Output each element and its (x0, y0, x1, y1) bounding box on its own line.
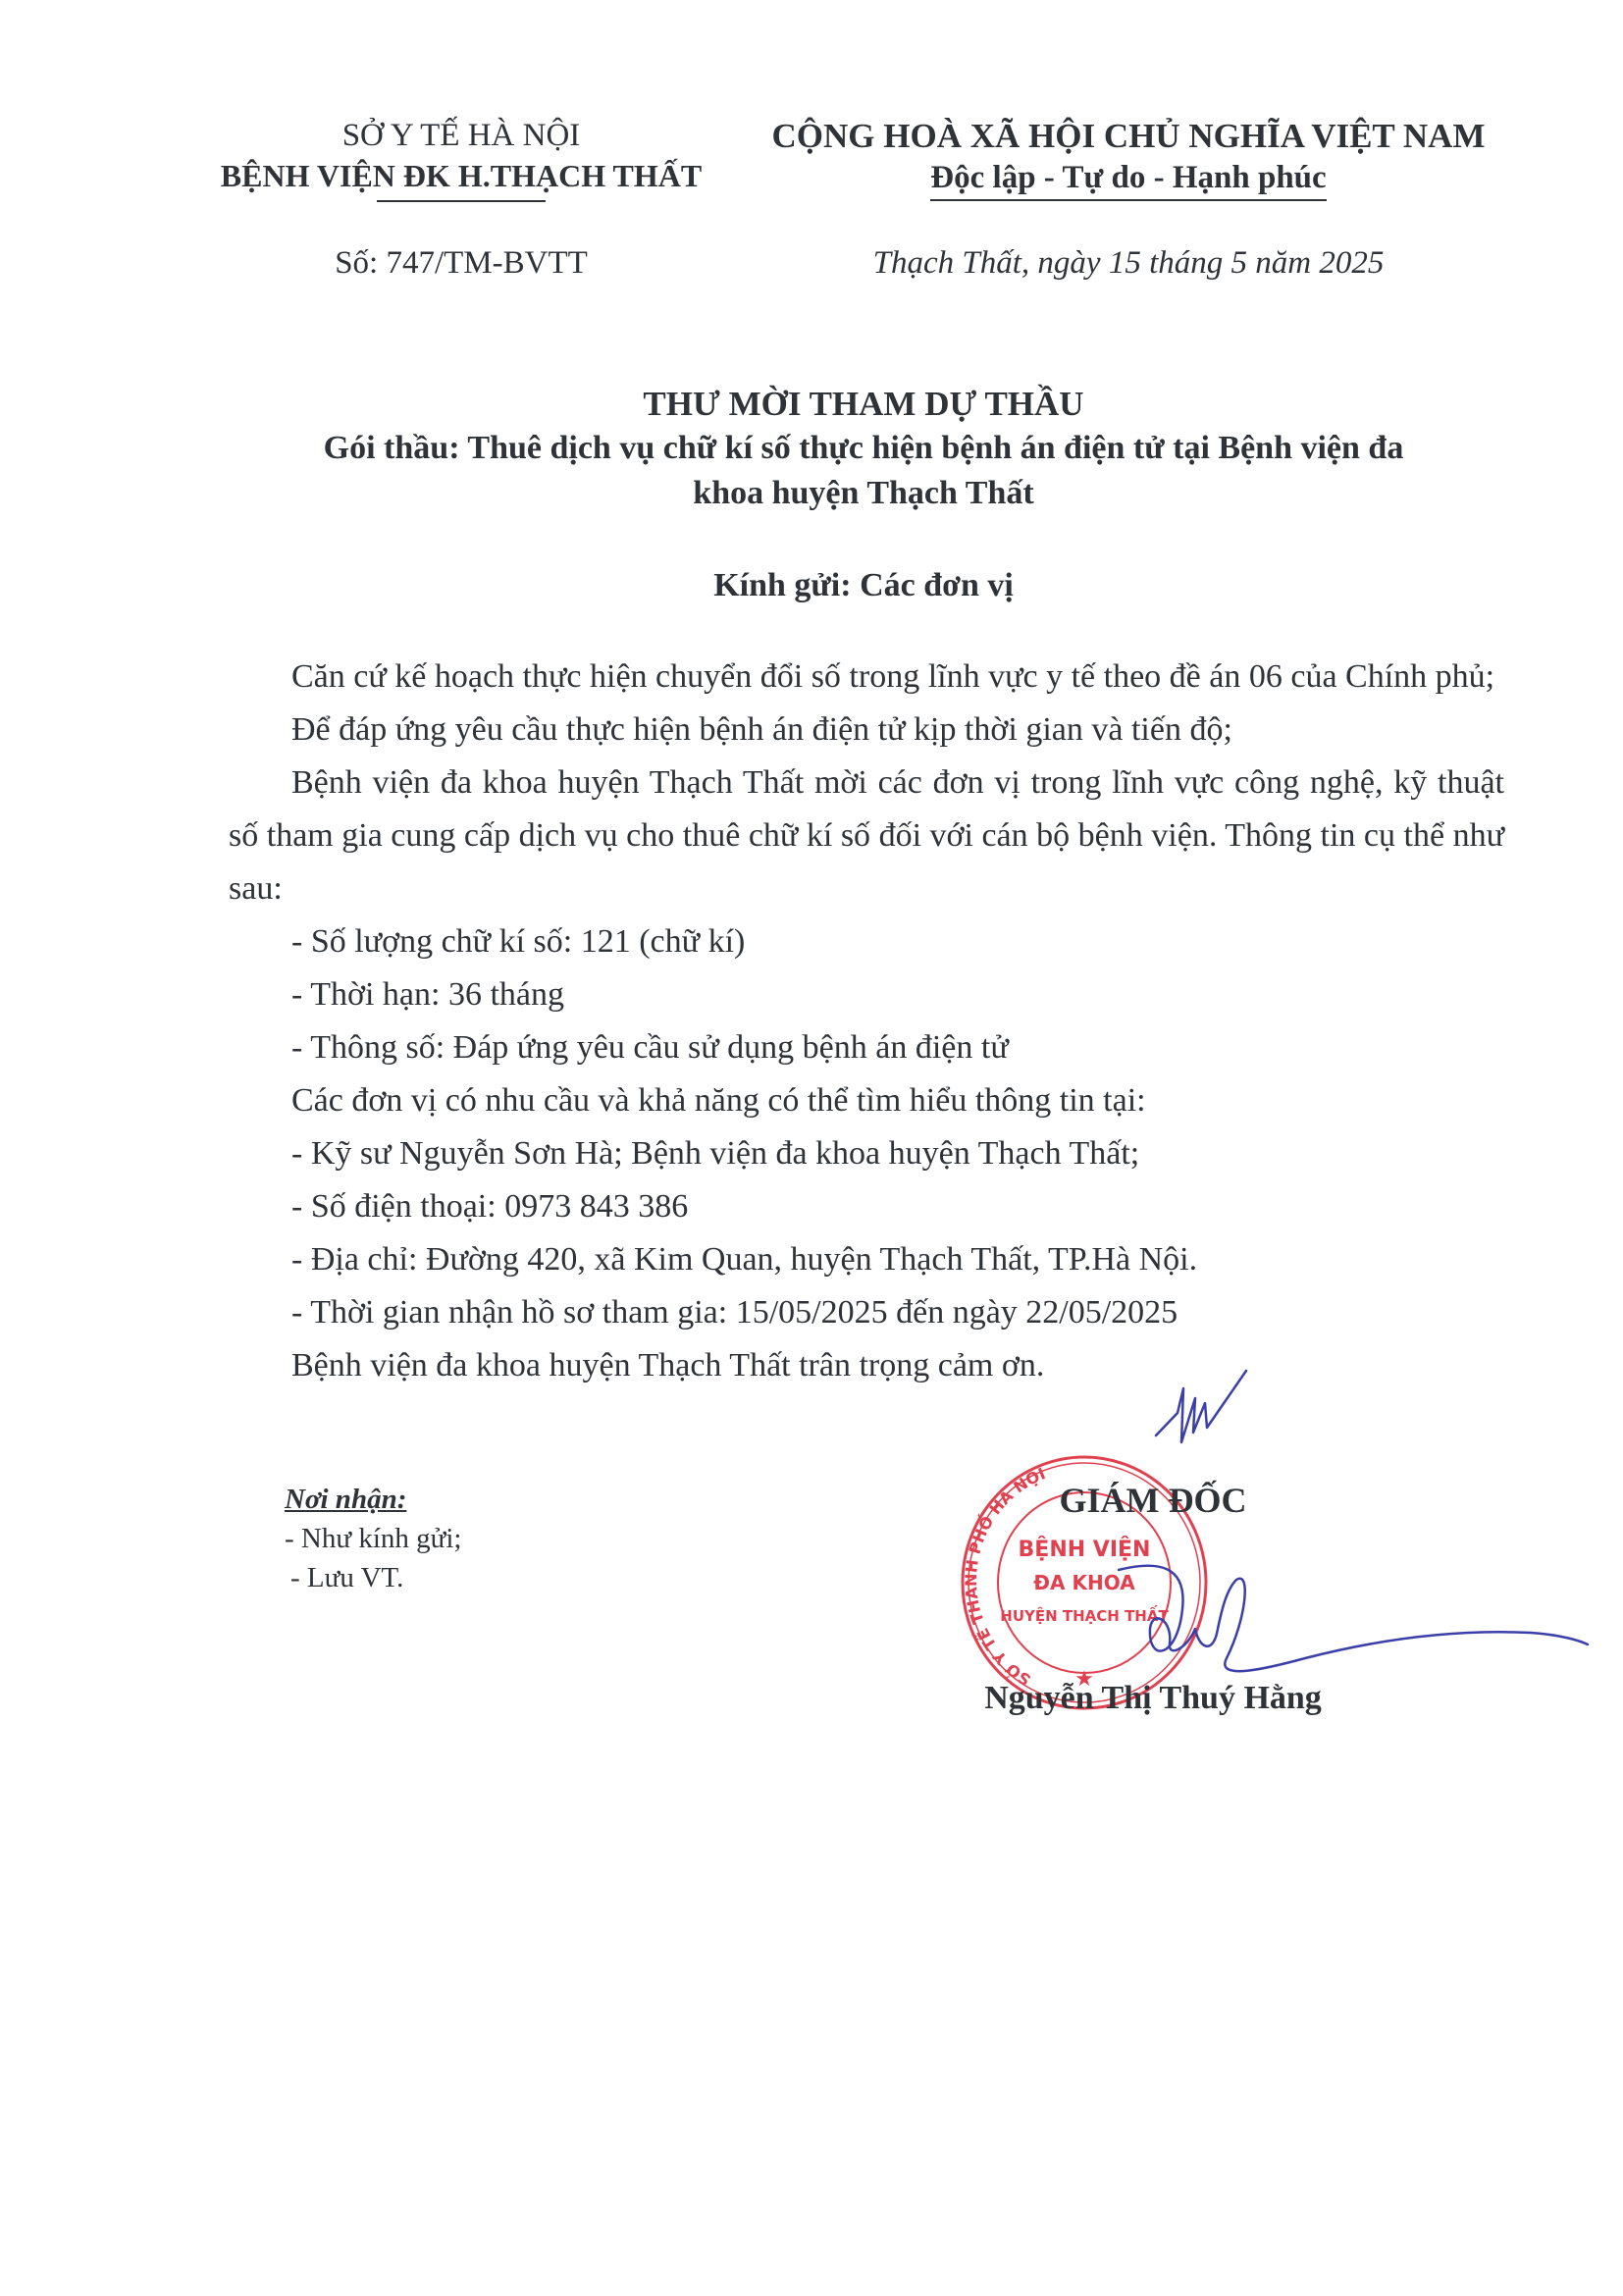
recipient-item: - Lưu VT. (285, 1558, 697, 1597)
document-title: THƯ MỜI THAM DỰ THẦU (226, 383, 1501, 426)
salutation: Kính gửi: Các đơn vị (226, 567, 1501, 604)
contact-item: - Số điện thoại: 0973 843 386 (229, 1180, 1504, 1233)
director-signature (1079, 1550, 1590, 1697)
package-title-line-2: khoa huyện Thạch Thất (226, 471, 1501, 516)
paragraph: Để đáp ứng yêu cầu thực hiện bệnh án điệ… (229, 704, 1504, 757)
spec-item: - Thời hạn: 36 tháng (229, 968, 1504, 1021)
organization-name: BỆNH VIỆN ĐK H.THẠCH THẤT (186, 155, 736, 196)
agency-name: SỞ Y TẾ HÀ NỘI (186, 116, 736, 155)
nation-name: CỘNG HOÀ XÃ HỘI CHỦ NGHĨA VIỆT NAM (736, 116, 1521, 157)
document-number: Số: 747/TM-BVTT (186, 245, 736, 282)
paragraph: Căn cứ kế hoạch thực hiện chuyển đổi số … (229, 651, 1504, 704)
letter-body: Căn cứ kế hoạch thực hiện chuyển đổi số … (229, 651, 1504, 1392)
recipients-block: Nơi nhận: - Như kính gửi; - Lưu VT. (285, 1480, 697, 1597)
initials-signature (1148, 1359, 1256, 1452)
contact-item: - Kỹ sư Nguyễn Sơn Hà; Bệnh viện đa khoa… (229, 1127, 1504, 1180)
closing-line: Bệnh viện đa khoa huyện Thạch Thất trân … (229, 1339, 1504, 1392)
place-date: Thạch Thất, ngày 15 tháng 5 năm 2025 (736, 245, 1521, 282)
recipient-item: - Như kính gửi; (285, 1519, 697, 1558)
spec-item: - Thông số: Đáp ứng yêu cầu sử dụng bệnh… (229, 1021, 1504, 1074)
recipients-heading: Nơi nhận: (285, 1480, 697, 1519)
national-header-block: CỘNG HOÀ XÃ HỘI CHỦ NGHĨA VIỆT NAM Độc l… (736, 116, 1521, 198)
contact-item: - Thời gian nhận hồ sơ tham gia: 15/05/2… (229, 1286, 1504, 1339)
spec-item: - Số lượng chữ kí số: 121 (chữ kí) (229, 915, 1504, 968)
package-title-line-1: Gói thầu: Thuê dịch vụ chữ kí số thực hi… (226, 426, 1501, 471)
issuing-authority-block: SỞ Y TẾ HÀ NỘI BỆNH VIỆN ĐK H.THẠCH THẤT (186, 116, 736, 202)
contact-item: - Địa chỉ: Đường 420, xã Kim Quan, huyện… (229, 1233, 1504, 1286)
contact-intro: Các đơn vị có nhu cầu và khả năng có thể… (229, 1074, 1504, 1127)
signer-title: GIÁM ĐỐC (1016, 1480, 1290, 1521)
paragraph: Bệnh viện đa khoa huyện Thạch Thất mời c… (229, 757, 1504, 915)
national-motto: Độc lập - Tự do - Hạnh phúc (930, 160, 1326, 201)
divider (377, 200, 546, 202)
title-block: THƯ MỜI THAM DỰ THẦU Gói thầu: Thuê dịch… (226, 383, 1501, 516)
